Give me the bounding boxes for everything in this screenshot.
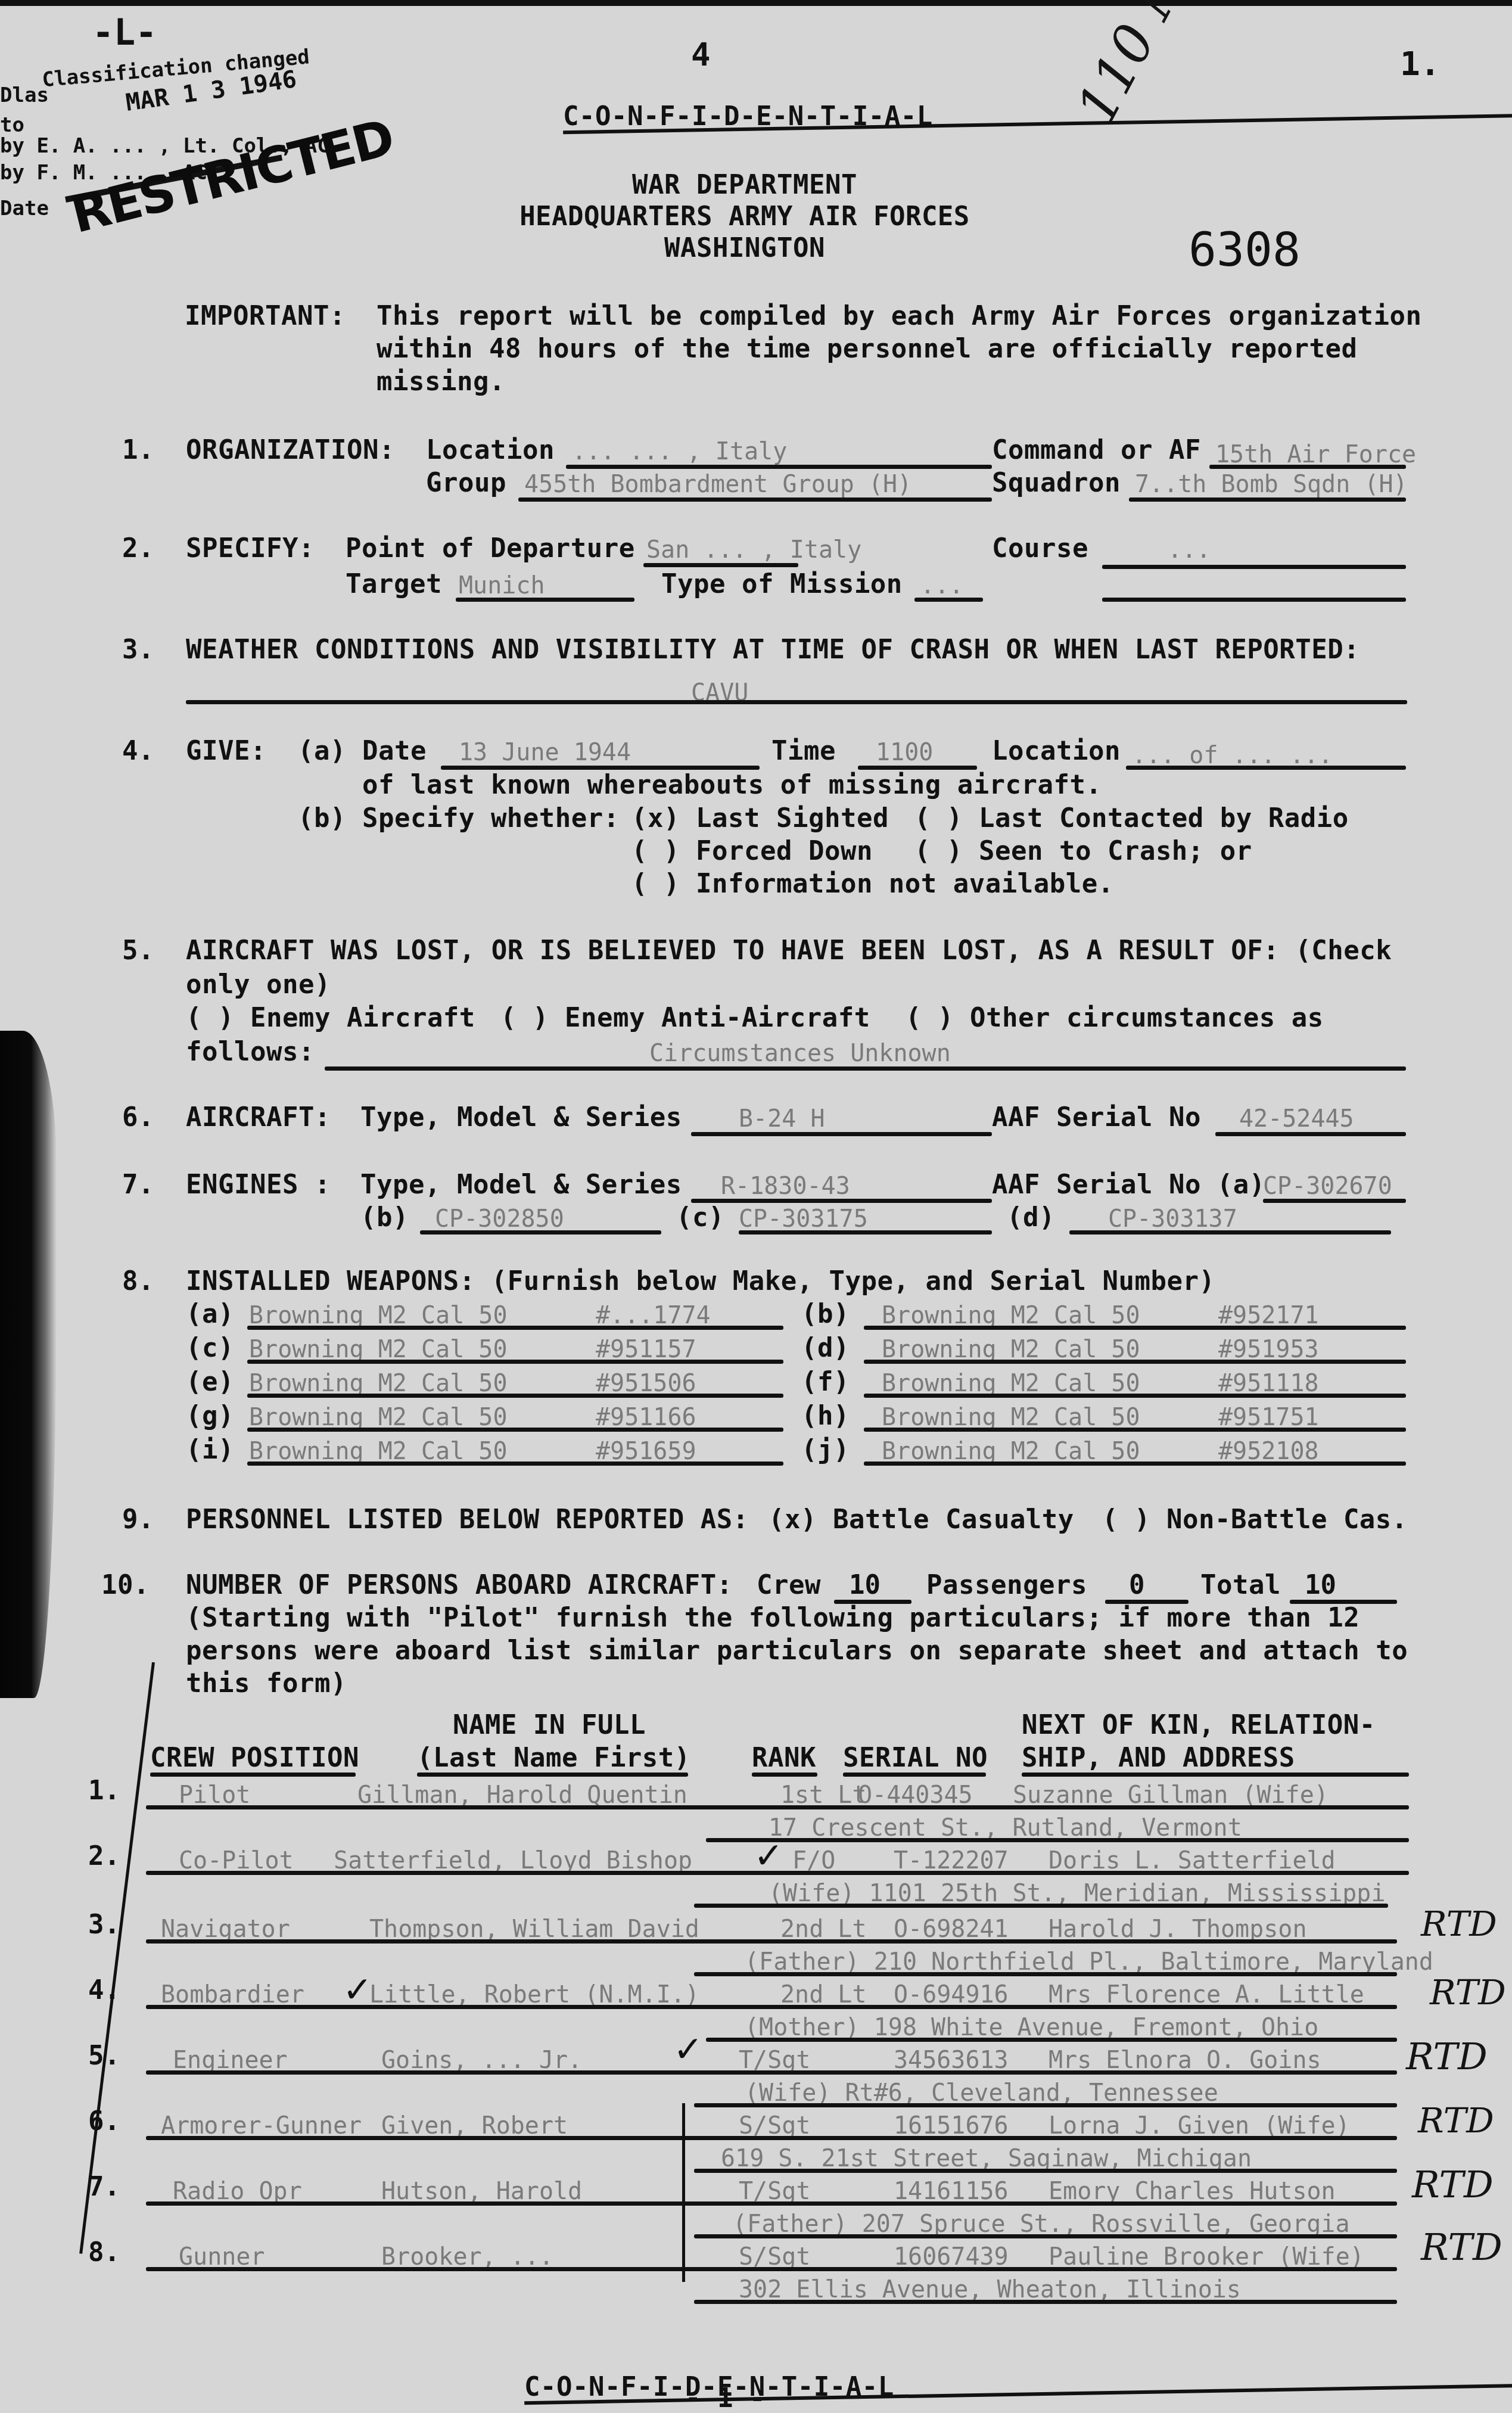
engine-c-label: (c) <box>676 1202 724 1233</box>
engine-b-label: (b) <box>360 1202 409 1233</box>
location-note: of last known whereabouts of missing air… <box>362 770 1102 800</box>
location-value: ... ... , Italy <box>572 438 787 465</box>
rtd-annotation: RTD <box>1412 2163 1494 2206</box>
row-number: 8. <box>88 2237 120 2268</box>
time-value: 1100 <box>876 739 933 766</box>
report-number: 6308 <box>1189 223 1301 277</box>
title-washington: WASHINGTON <box>477 233 1013 263</box>
important-line-1: This report will be compiled by each Arm… <box>377 301 1421 331</box>
date-label: (a) Date <box>298 736 427 766</box>
top-center-mark: 4 <box>691 36 711 73</box>
passengers-label: Passengers <box>926 1570 1087 1600</box>
date-value: 13 June 1944 <box>459 739 631 766</box>
row-number: 4. <box>88 1975 120 2005</box>
header-nok-top: NEXT OF KIN, RELATION- <box>1022 1710 1376 1740</box>
follows-label: follows: <box>186 1037 315 1067</box>
command-label: Command or AF <box>992 435 1201 465</box>
total-label: Total <box>1200 1570 1281 1600</box>
persons-aboard-label: NUMBER OF PERSONS ABOARD AIRCRAFT: <box>186 1570 733 1600</box>
specify-whether-label: (b) Specify whether: <box>298 803 620 834</box>
section-3-number: 3. <box>122 635 154 665</box>
engine-d-label: (d) <box>1007 1202 1055 1233</box>
important-label: IMPORTANT: <box>185 301 346 331</box>
engine-serial-b: CP-302850 <box>435 1205 564 1233</box>
instructions-line-1: (Starting with "Pilot" furnish the follo… <box>186 1603 1359 1633</box>
row-number: 3. <box>88 1910 120 1940</box>
option-last-sighted[interactable]: (x) Last Sighted <box>631 803 889 834</box>
personnel-status-label: PERSONNEL LISTED BELOW REPORTED AS: <box>186 1504 749 1535</box>
rtd-annotation: RTD <box>1421 1904 1497 1944</box>
scan-binding-shadow <box>0 1031 57 1698</box>
crew-value: 10 <box>849 1570 881 1600</box>
weapon-i-key: (i) <box>186 1435 234 1465</box>
option-last-contacted-radio[interactable]: ( ) Last Contacted by Radio <box>914 803 1349 834</box>
page-number: - 1 - <box>685 2383 766 2413</box>
top-right-mark: 1. <box>1400 45 1440 83</box>
engine-serial-c: CP-303175 <box>739 1205 868 1233</box>
option-battle-casualty[interactable]: (x) Battle Casualty <box>769 1504 1074 1535</box>
last-location-label: Location <box>992 736 1121 766</box>
course-value: ... <box>1168 536 1211 564</box>
weapon-h-key: (h) <box>801 1401 850 1431</box>
section-9-number: 9. <box>122 1504 154 1535</box>
section-2-number: 2. <box>122 533 154 564</box>
target-value: Munich <box>459 572 545 599</box>
time-label: Time <box>771 736 836 766</box>
row-number: 2. <box>88 1841 120 1871</box>
course-label: Course <box>992 533 1088 564</box>
departure-value: San ... , Italy <box>646 536 861 564</box>
engine-type-value: R-1830-43 <box>721 1173 850 1200</box>
section-1-number: 1. <box>122 435 154 465</box>
section-6-number: 6. <box>122 1102 154 1133</box>
header-nok: SHIP, AND ADDRESS <box>1022 1743 1295 1773</box>
loss-cause-label: AIRCRAFT WAS LOST, OR IS BELIEVED TO HAV… <box>186 935 1392 966</box>
rtd-annotation: RTD <box>1418 2100 1494 2141</box>
weapon-e-key: (e) <box>186 1367 234 1397</box>
loss-cause-label-cont: only one) <box>186 969 331 1000</box>
rtd-annotation: RTD <box>1406 2035 1488 2078</box>
row-number: 7. <box>88 2172 120 2202</box>
instructions-line-2: persons were aboard list similar particu… <box>186 1635 1408 1666</box>
passengers-value: 0 <box>1129 1570 1145 1600</box>
aircraft-type-label: Type, Model & Series <box>360 1102 682 1133</box>
row-number: 6. <box>88 2106 120 2137</box>
engine-type-label: Type, Model & Series <box>360 1170 682 1200</box>
header-name: (Last Name First) <box>417 1743 690 1773</box>
mission-type-label: Type of Mission <box>661 569 903 599</box>
squadron-value: 7..th Bomb Sqdn (H) <box>1135 471 1408 498</box>
mission-type-value: ... <box>920 572 963 599</box>
weapon-c-key: (c) <box>186 1333 234 1363</box>
title-hq-aaf: HEADQUARTERS ARMY AIR FORCES <box>477 201 1013 232</box>
option-forced-down[interactable]: ( ) Forced Down <box>631 836 873 866</box>
squadron-label: Squadron <box>992 468 1121 498</box>
target-label: Target <box>346 569 442 599</box>
group-value: 455th Bombardment Group (H) <box>524 471 911 498</box>
option-seen-to-crash[interactable]: ( ) Seen to Crash; or <box>914 836 1252 866</box>
rtd-annotation: RTD <box>1430 1972 1506 2013</box>
section-8-number: 8. <box>122 1266 154 1296</box>
section-4-number: 4. <box>122 736 154 766</box>
weapon-d-key: (d) <box>801 1333 850 1363</box>
header-rank: RANK <box>752 1743 816 1773</box>
row-number: 1. <box>88 1775 120 1806</box>
engine-serial-a: CP-302670 <box>1263 1173 1392 1200</box>
section-10-number: 10. <box>101 1570 150 1600</box>
organization-label: ORGANIZATION: <box>186 435 395 465</box>
group-label: Group <box>426 468 506 498</box>
aircraft-serial-label: AAF Serial No <box>992 1102 1201 1133</box>
option-enemy-aircraft[interactable]: ( ) Enemy Aircraft <box>186 1003 475 1033</box>
header-serial: SERIAL NO <box>843 1743 988 1773</box>
weapon-f-key: (f) <box>801 1367 850 1397</box>
option-non-battle-casualty[interactable]: ( ) Non-Battle Cas. <box>1102 1504 1408 1535</box>
classification-bottom: C-O-N-F-I-D-E-N-T-I-A-L <box>524 2372 1512 2402</box>
header-crew-position: CREW POSITION <box>150 1743 359 1773</box>
important-line-3: missing. <box>377 366 505 397</box>
follows-value: Circumstances Unknown <box>649 1040 951 1067</box>
rtd-annotation: RTD <box>1421 2225 1502 2269</box>
engine-serial-d: CP-303137 <box>1108 1205 1237 1233</box>
departure-label: Point of Departure <box>346 533 635 564</box>
location-label: Location <box>426 435 555 465</box>
check-mark-icon: ✓ <box>673 2029 703 2070</box>
total-value: 10 <box>1305 1570 1336 1600</box>
option-enemy-anti-aircraft[interactable]: ( ) Enemy Anti-Aircraft <box>500 1003 870 1033</box>
important-line-2: within 48 hours of the time personnel ar… <box>377 334 1357 364</box>
engines-label: ENGINES : <box>186 1170 331 1200</box>
crew-label: Crew <box>757 1570 821 1600</box>
instructions-line-3: this form) <box>186 1668 347 1699</box>
weapons-label: INSTALLED WEAPONS: (Furnish below Make, … <box>186 1266 1215 1296</box>
specify-label: SPECIFY: <box>186 533 315 564</box>
engine-serial-label: AAF Serial No (a) <box>992 1170 1265 1200</box>
to-label: to <box>0 113 24 137</box>
header-name-top: NAME IN FULL <box>453 1710 646 1740</box>
weather-label: WEATHER CONDITIONS AND VISIBILITY AT TIM… <box>186 635 1359 665</box>
restricted-stamp: RESTRICTED <box>66 108 399 244</box>
title-war-department: WAR DEPARTMENT <box>477 170 1013 200</box>
give-label: GIVE: <box>186 736 266 766</box>
option-other-circumstances[interactable]: ( ) Other circumstances as <box>906 1003 1324 1033</box>
option-info-not-available[interactable]: ( ) Information not available. <box>631 869 1114 899</box>
classification-top: C-O-N-F-I-D-E-N-T-I-A-L <box>563 101 1512 132</box>
section-7-number: 7. <box>122 1170 154 1200</box>
corner-mark: -L- <box>92 12 157 54</box>
row-number: 5. <box>88 2041 120 2071</box>
section-5-number: 5. <box>122 935 154 966</box>
weapon-a-key: (a) <box>186 1299 234 1329</box>
date-label: Date <box>0 197 49 220</box>
weapon-b-key: (b) <box>801 1299 850 1329</box>
weapon-g-key: (g) <box>186 1401 234 1431</box>
weapon-j-key: (j) <box>801 1435 850 1465</box>
scan-top-edge <box>0 0 1512 6</box>
aircraft-label: AIRCRAFT: <box>186 1102 331 1133</box>
aircraft-type-value: B-24 H <box>739 1105 825 1133</box>
aircraft-serial-value: 42-52445 <box>1239 1105 1354 1133</box>
